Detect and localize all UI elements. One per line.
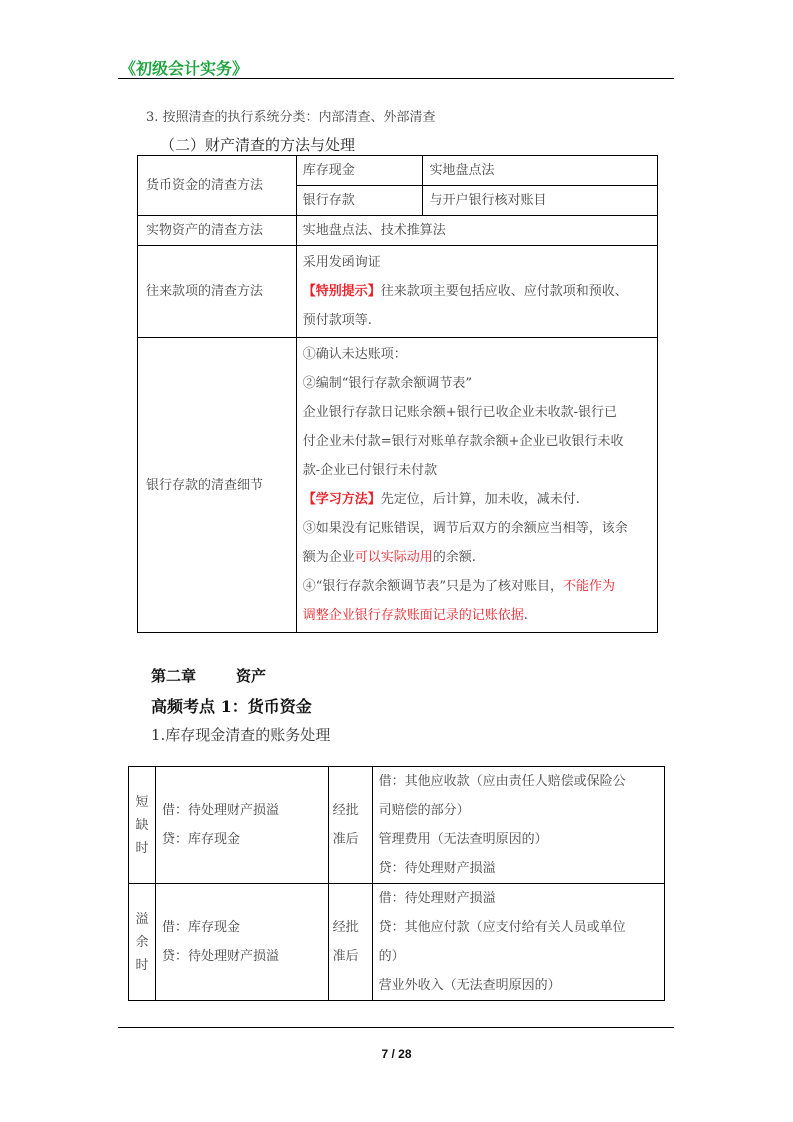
debit-line: 借：待处理财产损溢	[162, 796, 322, 825]
text-line: 借：待处理财产损溢	[379, 884, 658, 913]
row-label: 往来款项的清查方法	[138, 246, 297, 338]
text-segment: .	[524, 608, 528, 623]
property-check-methods-table: 货币资金的清查方法 库存现金 实地盘点法 银行存款 与开户银行核对账目 实物资产…	[137, 155, 658, 633]
text-line: 预付款项等.	[303, 306, 651, 335]
subsection-title: 1.库存现金清查的账务处理	[151, 724, 330, 745]
approval-text: 经批	[333, 796, 368, 825]
text-line: 司赔偿的部分）	[379, 796, 658, 825]
text-line: 贷：待处理财产损溢	[379, 854, 658, 883]
method-text: 先定位，后计算，加未收，减未付.	[381, 492, 580, 507]
text-segment: 的余额.	[433, 550, 476, 565]
text-line: 调整企业银行存款账面记录的记账依据.	[303, 601, 651, 630]
table-row: 银行存款的清查细节 ①确认未达账项： ②编制“银行存款余额调节表” 企业银行存款…	[138, 338, 658, 633]
cell-content: ①确认未达账项： ②编制“银行存款余额调节表” 企业银行存款日记账余额+银行已收…	[296, 338, 657, 633]
text-line: ④“银行存款余额调节表”只是为了核对账目，不能作为	[303, 572, 651, 601]
approval-text: 经批	[333, 913, 368, 942]
table-row: 短 缺 时 借：待处理财产损溢 贷：库存现金 经批 准后 借：其他应收款（应由责…	[129, 767, 665, 884]
special-tip-tag: 【特别提示】	[303, 284, 381, 299]
initial-entry: 借：待处理财产损溢 贷：库存现金	[155, 767, 328, 884]
row-label: 货币资金的清查方法	[138, 156, 297, 216]
chapter-number: 第二章	[151, 667, 196, 685]
table-row: 溢 余 时 借：库存现金 贷：待处理财产损溢 经批 准后 借：待处理财产损溢 贷…	[129, 884, 665, 1001]
text-line: 企业银行存款日记账余额+银行已收企业未收款-银行已	[303, 398, 651, 427]
header-divider	[118, 78, 674, 79]
footer-divider	[118, 1027, 674, 1028]
credit-line: 贷：待处理财产损溢	[162, 942, 322, 971]
approval-label: 经批 准后	[328, 767, 372, 884]
text-line: 款-企业已付银行未付款	[303, 456, 651, 485]
text-line: 借：其他应收款（应由责任人赔偿或保险公	[379, 767, 658, 796]
study-method-tag: 【学习方法】	[303, 492, 381, 507]
text-segment: ④“银行存款余额调节表”只是为了核对账目，	[303, 579, 563, 594]
cell-item: 库存现金	[296, 156, 423, 186]
case-label: 短 缺 时	[129, 767, 156, 884]
document-header-title: 《初级会计实务》	[120, 56, 248, 79]
highlight-text: 调整企业银行存款账面记录的记账依据	[303, 608, 524, 623]
case-char: 短	[132, 791, 152, 814]
table-row: 货币资金的清查方法 库存现金 实地盘点法	[138, 156, 658, 186]
cell-method: 实地盘点法	[423, 156, 658, 186]
initial-entry: 借：库存现金 贷：待处理财产损溢	[155, 884, 328, 1001]
key-point-heading: 高频考点 1：货币资金	[151, 694, 312, 717]
text-line: 【特别提示】往来款项主要包括应收、应付款项和预收、	[303, 277, 651, 306]
text-line: 的）	[379, 942, 658, 971]
row-label: 实物资产的清查方法	[138, 216, 297, 246]
text-segment: 额为企业	[303, 550, 355, 565]
case-label: 溢 余 时	[129, 884, 156, 1001]
cell-content: 实地盘点法、技术推算法	[296, 216, 657, 246]
text-line: 【学习方法】先定位，后计算，加未收，减未付.	[303, 485, 651, 514]
credit-line: 贷：库存现金	[162, 825, 322, 854]
cash-check-accounting-table: 短 缺 时 借：待处理财产损溢 贷：库存现金 经批 准后 借：其他应收款（应由责…	[128, 766, 665, 1001]
table-row: 往来款项的清查方法 采用发函询证 【特别提示】往来款项主要包括应收、应付款项和预…	[138, 246, 658, 338]
chapter-heading: 第二章资产	[151, 665, 266, 686]
case-char: 溢	[132, 908, 152, 931]
approval-text: 准后	[333, 942, 368, 971]
text-line: 营业外收入（无法查明原因的）	[379, 971, 658, 1000]
case-char: 缺	[132, 814, 152, 837]
text-line: 付企业未付款=银行对账单存款余额+企业已收银行未收	[303, 427, 651, 456]
text-line: 额为企业可以实际动用的余额.	[303, 543, 651, 572]
text-line: ②编制“银行存款余额调节表”	[303, 369, 651, 398]
case-char: 时	[132, 954, 152, 977]
text-line: 管理费用（无法查明原因的）	[379, 825, 658, 854]
text-line: ③如果没有记账错误，调节后双方的余额应当相等，该余	[303, 514, 651, 543]
chapter-name: 资产	[236, 667, 266, 685]
classification-line: 3. 按照清查的执行系统分类：内部清查、外部清查	[146, 106, 436, 125]
debit-line: 借：库存现金	[162, 913, 322, 942]
text-line: 贷：其他应付款（应支付给有关人员或单位	[379, 913, 658, 942]
highlight-text: 可以实际动用	[355, 550, 433, 565]
text-line: ①确认未达账项：	[303, 340, 651, 369]
cell-item: 银行存款	[296, 186, 423, 216]
cell-content: 采用发函询证 【特别提示】往来款项主要包括应收、应付款项和预收、 预付款项等.	[296, 246, 657, 338]
text-line: 采用发函询证	[303, 248, 651, 277]
tip-text: 往来款项主要包括应收、应付款项和预收、	[381, 284, 628, 299]
table-row: 实物资产的清查方法 实地盘点法、技术推算法	[138, 216, 658, 246]
page-number: 7 / 28	[0, 1047, 793, 1061]
approved-entry: 借：待处理财产损溢 贷：其他应付款（应支付给有关人员或单位 的） 营业外收入（无…	[372, 884, 664, 1001]
cell-method: 与开户银行核对账目	[423, 186, 658, 216]
section-title: （二）财产清查的方法与处理	[160, 134, 355, 155]
case-char: 时	[132, 837, 152, 860]
highlight-text: 不能作为	[563, 579, 615, 594]
approval-text: 准后	[333, 825, 368, 854]
approval-label: 经批 准后	[328, 884, 372, 1001]
row-label: 银行存款的清查细节	[138, 338, 297, 633]
approved-entry: 借：其他应收款（应由责任人赔偿或保险公 司赔偿的部分） 管理费用（无法查明原因的…	[372, 767, 664, 884]
case-char: 余	[132, 931, 152, 954]
